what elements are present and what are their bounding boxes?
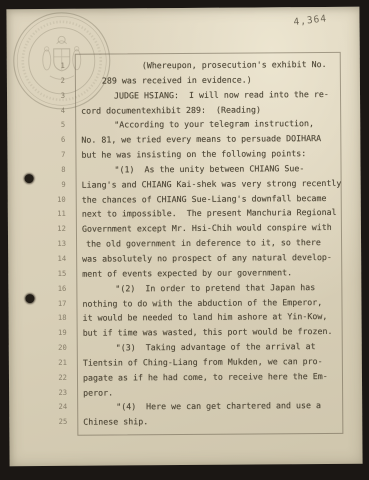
document-page: 4,364 1234567891011121314151617181920212… [6, 7, 362, 466]
transcript-line: pagate as if he had come, to receive her… [9, 368, 362, 385]
hole-punch-top [25, 174, 34, 183]
transcript-line: (Whereupon, prosecution's exhibit No. [7, 57, 360, 74]
transcript-line: Chinese ship. [9, 413, 362, 430]
scanned-transcript-screenshot: { "document": { "page_number": "4,364", … [0, 0, 369, 480]
transcript-line: JUDGE HSIANG: I will now read into the r… [7, 86, 360, 103]
hole-punch-bottom [25, 294, 34, 303]
transcript-lines: (Whereupon, prosecution's exhibit No.289… [7, 57, 363, 431]
transcript-line: was absolutely no prospect of any natura… [8, 250, 361, 267]
transcript-line: "(4) Here we can get chartered and use a [9, 398, 362, 415]
page-number: 4,364 [293, 13, 328, 28]
transcript-line: No. 81, we tried every means to persuade… [7, 131, 360, 148]
